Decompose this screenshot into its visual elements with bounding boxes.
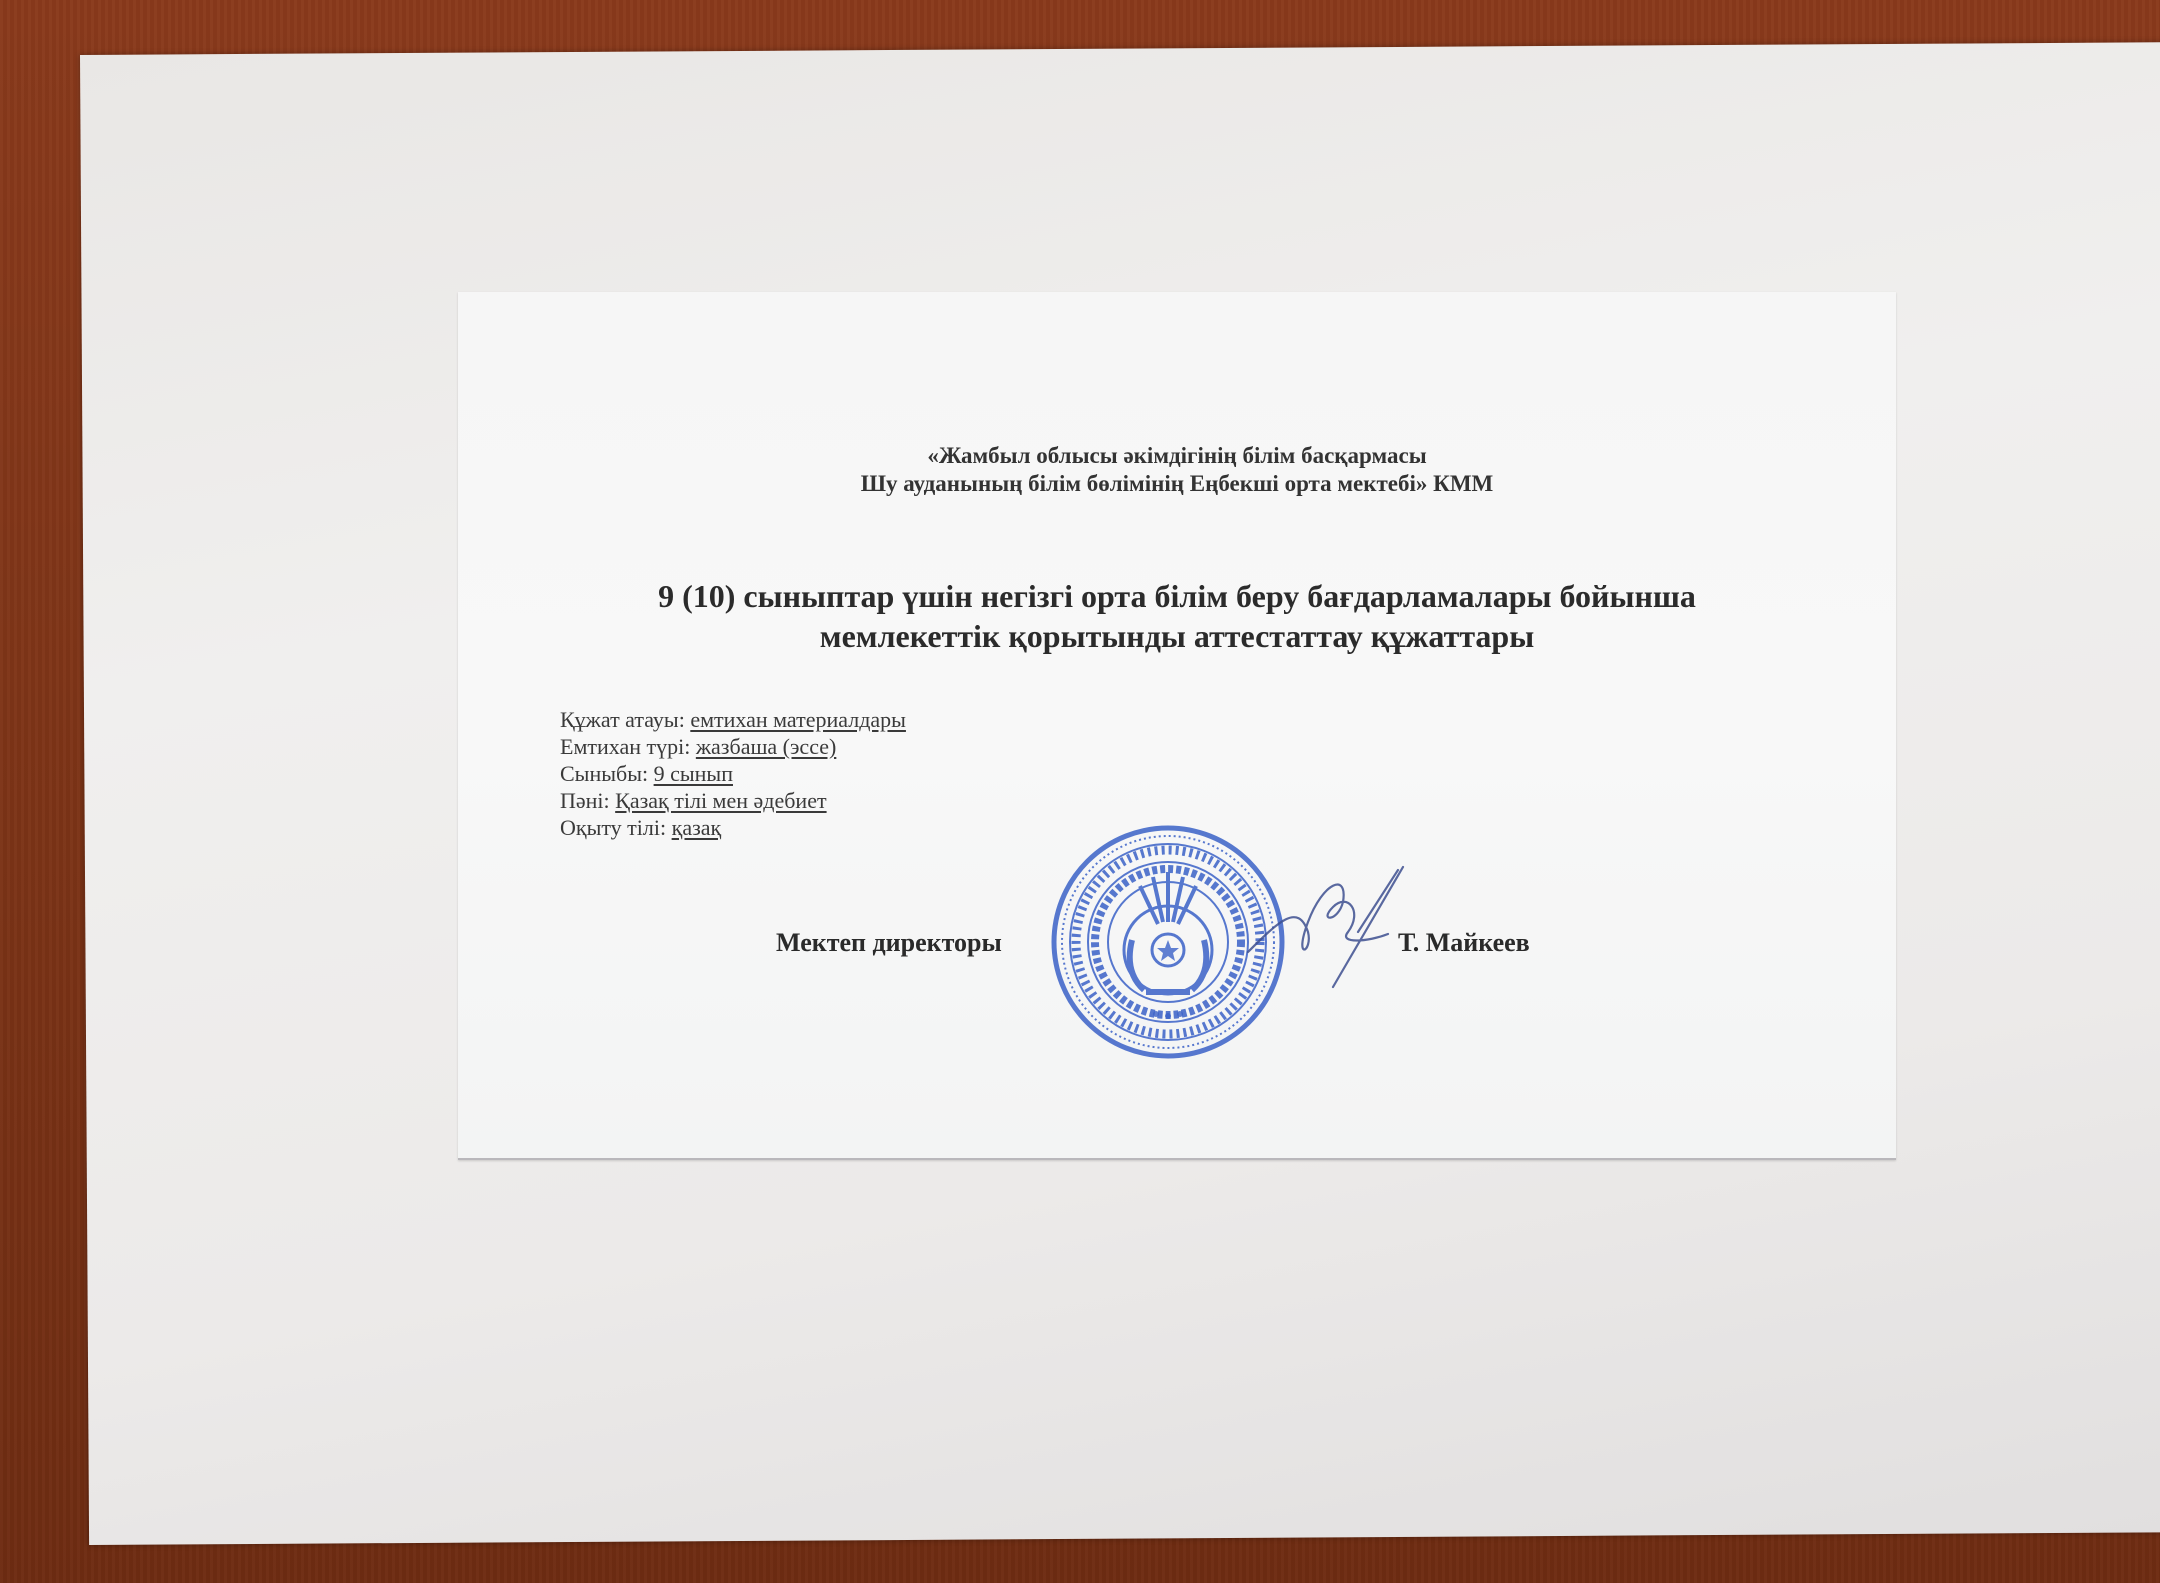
field-label: Емтихан түрі: [560, 734, 696, 759]
field-value: емтихан материалдары [690, 707, 906, 732]
field-label: Сыныбы: [560, 761, 654, 786]
organization-line-2: Шу ауданының білім бөлімінің Еңбекші орт… [458, 470, 1896, 498]
field-grade: Сыныбы: 9 сынып [560, 760, 906, 787]
organization-header: «Жамбыл облысы әкімдігінің білім басқарм… [458, 442, 1896, 498]
document-fields: Құжат атауы: емтихан материалдары Емтиха… [560, 706, 906, 841]
organization-line-1: «Жамбыл облысы әкімдігінің білім басқарм… [458, 442, 1896, 470]
field-label: Оқыту тілі: [560, 815, 672, 840]
field-subject: Пәні: Қазақ тілі мен әдебиет [560, 787, 906, 814]
field-language: Оқыту тілі: қазақ [560, 814, 906, 841]
field-document-name: Құжат атауы: емтихан материалдары [560, 706, 906, 733]
field-value: қазақ [672, 815, 722, 840]
field-value: жазбаша (эссе) [696, 734, 836, 759]
field-label: Құжат атауы: [560, 707, 690, 732]
signatory-title: Мектеп директоры [776, 928, 1002, 958]
field-label: Пәні: [560, 788, 615, 813]
field-exam-type: Емтихан түрі: жазбаша (эссе) [560, 733, 906, 760]
field-value: 9 сынып [654, 761, 733, 786]
document-title: 9 (10) сыныптар үшін негізгі орта білім … [458, 576, 1896, 656]
field-value: Қазақ тілі мен әдебиет [615, 788, 826, 813]
document-sheet: «Жамбыл облысы әкімдігінің білім басқарм… [458, 292, 1896, 1160]
title-line-2: мемлекеттік қорытынды аттестаттау құжатт… [458, 616, 1896, 656]
title-line-1: 9 (10) сыныптар үшін негізгі орта білім … [458, 576, 1896, 616]
handwritten-signature [1238, 862, 1408, 1002]
signatory-name: Т. Майкеев [1398, 928, 1530, 958]
